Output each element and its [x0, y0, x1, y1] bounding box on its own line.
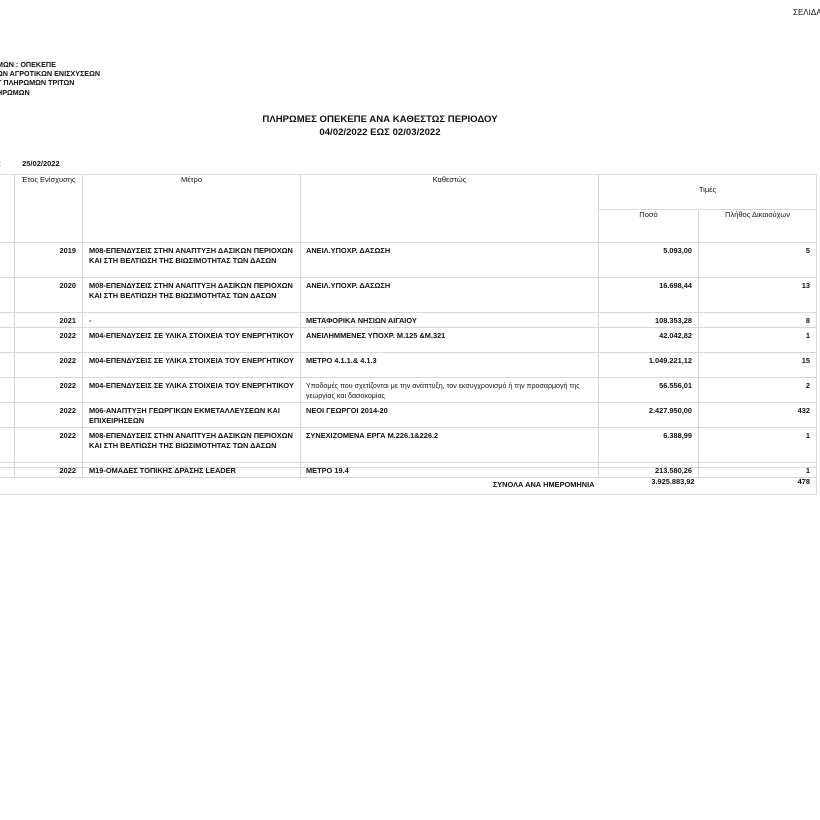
cell-beneficiaries: 8	[699, 313, 817, 328]
cell-status: ΑΝΕΙΛ.ΥΠΟΧΡ. ΔΑΣΩΣΗ	[301, 278, 599, 313]
cell-amount: 5.093,00	[599, 243, 699, 278]
org-line: Τ ΠΛΗΡΩΜΩΝ ΤΡΙΤΩΝ	[0, 78, 100, 87]
cell-year: 2022	[15, 428, 83, 463]
page-label: ΣΕΛΙΔΑ	[793, 8, 820, 17]
organization-header: ΜΩΝ : ΟΠΕΚΕΠΕ ΩΝ ΑΓΡΟΤΙΚΩΝ ΕΝΙΣΧΥΣΕΩΝ Τ …	[0, 60, 100, 97]
cell-measure: M04-ΕΠΕΝΔΥΣΕΙΣ ΣΕ ΥΛΙΚΑ ΣΤΟΙΧΕΙΑ ΤΟΥ ΕΝΕ…	[83, 353, 301, 378]
cell-measure: M08-ΕΠΕΝΔΥΣΕΙΣ ΣΤΗΝ ΑΝΑΠΤΥΞΗ ΔΑΣΙΚΩΝ ΠΕΡ…	[83, 278, 301, 313]
payments-table: Έτος Ενίσχυσης Μέτρο Καθεστώς Τιμές Ποσό…	[0, 174, 817, 478]
totals-beneficiaries: 478	[701, 468, 817, 495]
cell-amount: 2.427.950,00	[599, 403, 699, 428]
cell-measure: -	[83, 313, 301, 328]
cell-beneficiaries: 1	[699, 328, 817, 353]
date-value: 25/02/2022	[22, 159, 60, 168]
cell-status: ΣΥΝΕΧΙΖΟΜΕΝΑ ΕΡΓΑ Μ.226.1&226.2	[301, 428, 599, 463]
table-row: 2022 M08-ΕΠΕΝΔΥΣΕΙΣ ΣΤΗΝ ΑΝΑΠΤΥΞΗ ΔΑΣΙΚΩ…	[0, 428, 817, 463]
cell-beneficiaries: 432	[699, 403, 817, 428]
table-row: 2021 - ΜΕΤΑΦΟΡΙΚΑ ΝΗΣΙΩΝ ΑΙΓΑΙΟΥ 108.353…	[0, 313, 817, 328]
table-row: 2019 M08-ΕΠΕΝΔΥΣΕΙΣ ΣΤΗΝ ΑΝΑΠΤΥΞΗ ΔΑΣΙΚΩ…	[0, 243, 817, 278]
cell-measure: M04-ΕΠΕΝΔΥΣΕΙΣ ΣΕ ΥΛΙΚΑ ΣΤΟΙΧΕΙΑ ΤΟΥ ΕΝΕ…	[83, 328, 301, 353]
cell-amount: 16.698,44	[599, 278, 699, 313]
cell-measure: M06-ΑΝΑΠΤΥΞΗ ΓΕΩΡΓΙΚΩΝ ΕΚΜΕΤΑΛΛΕΥΣΕΩΝ ΚΑ…	[83, 403, 301, 428]
header-beneficiaries: Πλήθος Δικαιούχων	[699, 210, 817, 243]
cell-measure: M04-ΕΠΕΝΔΥΣΕΙΣ ΣΕ ΥΛΙΚΑ ΣΤΟΙΧΕΙΑ ΤΟΥ ΕΝΕ…	[83, 378, 301, 403]
cell-status: ΑΝΕΙΛ.ΥΠΟΧΡ. ΔΑΣΩΣΗ	[301, 243, 599, 278]
cell-year: 2021	[15, 313, 83, 328]
org-line: ΜΩΝ : ΟΠΕΚΕΠΕ	[0, 60, 100, 69]
cell-amount: 1.049.221,12	[599, 353, 699, 378]
header-year: Έτος Ενίσχυσης	[15, 175, 83, 243]
cell-amount: 6.388,99	[599, 428, 699, 463]
report-title-main: ΠΛΗΡΩΜΕΣ ΟΠΕΚΕΠΕ ΑΝΑ ΚΑΘΕΣΤΩΣ ΠΕΡΙΟΔΟΥ	[0, 114, 760, 127]
cell-status: ΝΕΟΙ ΓΕΩΡΓΟΙ 2014-20	[301, 403, 599, 428]
date-label: α	[0, 159, 20, 168]
cell-year: 2022	[15, 353, 83, 378]
cell-year: 2022	[15, 328, 83, 353]
cell-year: 2022	[15, 378, 83, 403]
cell-beneficiaries: 5	[699, 243, 817, 278]
header-amount: Ποσό	[599, 210, 699, 243]
cell-measure: M08-ΕΠΕΝΔΥΣΕΙΣ ΣΤΗΝ ΑΝΑΠΤΥΞΗ ΔΑΣΙΚΩΝ ΠΕΡ…	[83, 243, 301, 278]
totals-label: ΣΥΝΟΛΑ ΑΝΑ ΗΜΕΡΟΜΗΝΙΑ	[0, 468, 601, 495]
org-line: ΩΝ ΑΓΡΟΤΙΚΩΝ ΕΝΙΣΧΥΣΕΩΝ	[0, 69, 100, 78]
table-row: 2020 M08-ΕΠΕΝΔΥΣΕΙΣ ΣΤΗΝ ΑΝΑΠΤΥΞΗ ΔΑΣΙΚΩ…	[0, 278, 817, 313]
cell-beneficiaries: 13	[699, 278, 817, 313]
date-row: α 25/02/2022	[0, 159, 60, 168]
report-title: ΠΛΗΡΩΜΕΣ ΟΠΕΚΕΠΕ ΑΝΑ ΚΑΘΕΣΤΩΣ ΠΕΡΙΟΔΟΥ 0…	[0, 114, 760, 139]
cell-year: 2022	[15, 403, 83, 428]
report-period: 04/02/2022 ΕΩΣ 02/03/2022	[0, 127, 760, 140]
cell-amount: 108.353,28	[599, 313, 699, 328]
cell-amount: 42.042,82	[599, 328, 699, 353]
cell-status: ΜΕΤΡΟ 4.1.1.& 4.1.3	[301, 353, 599, 378]
table-row: 2022 M04-ΕΠΕΝΔΥΣΕΙΣ ΣΕ ΥΛΙΚΑ ΣΤΟΙΧΕΙΑ ΤΟ…	[0, 328, 817, 353]
table-row: 2022 M04-ΕΠΕΝΔΥΣΕΙΣ ΣΕ ΥΛΙΚΑ ΣΤΟΙΧΕΙΑ ΤΟ…	[0, 378, 817, 403]
header-measure: Μέτρο	[83, 175, 301, 243]
header-status: Καθεστώς	[301, 175, 599, 243]
totals-row: ΣΥΝΟΛΑ ΑΝΑ ΗΜΕΡΟΜΗΝΙΑ 3.925.883,92 478	[0, 467, 817, 495]
cell-status: ΑΝΕΙΛΗΜΜΕΝΕΣ ΥΠΟΧΡ. Μ.125 &Μ.321	[301, 328, 599, 353]
cell-year: 2019	[15, 243, 83, 278]
table-row: 2022 M06-ΑΝΑΠΤΥΞΗ ΓΕΩΡΓΙΚΩΝ ΕΚΜΕΤΑΛΛΕΥΣΕ…	[0, 403, 817, 428]
table-row: 2022 M04-ΕΠΕΝΔΥΣΕΙΣ ΣΕ ΥΛΙΚΑ ΣΤΟΙΧΕΙΑ ΤΟ…	[0, 353, 817, 378]
cell-status: ΜΕΤΑΦΟΡΙΚΑ ΝΗΣΙΩΝ ΑΙΓΑΙΟΥ	[301, 313, 599, 328]
totals-amount: 3.925.883,92	[601, 468, 701, 495]
cell-year: 2020	[15, 278, 83, 313]
cell-amount: 56.556,01	[599, 378, 699, 403]
cell-beneficiaries: 15	[699, 353, 817, 378]
cell-beneficiaries: 1	[699, 428, 817, 463]
cell-beneficiaries: 2	[699, 378, 817, 403]
header-blank	[0, 175, 15, 243]
cell-measure: M08-ΕΠΕΝΔΥΣΕΙΣ ΣΤΗΝ ΑΝΑΠΤΥΞΗ ΔΑΣΙΚΩΝ ΠΕΡ…	[83, 428, 301, 463]
header-values-group: Τιμές	[599, 175, 817, 210]
cell-status: Υποδομές που σχετίζονται με την ανάπτυξη…	[301, 378, 599, 403]
org-line: ΗΡΩΜΩΝ	[0, 88, 100, 97]
